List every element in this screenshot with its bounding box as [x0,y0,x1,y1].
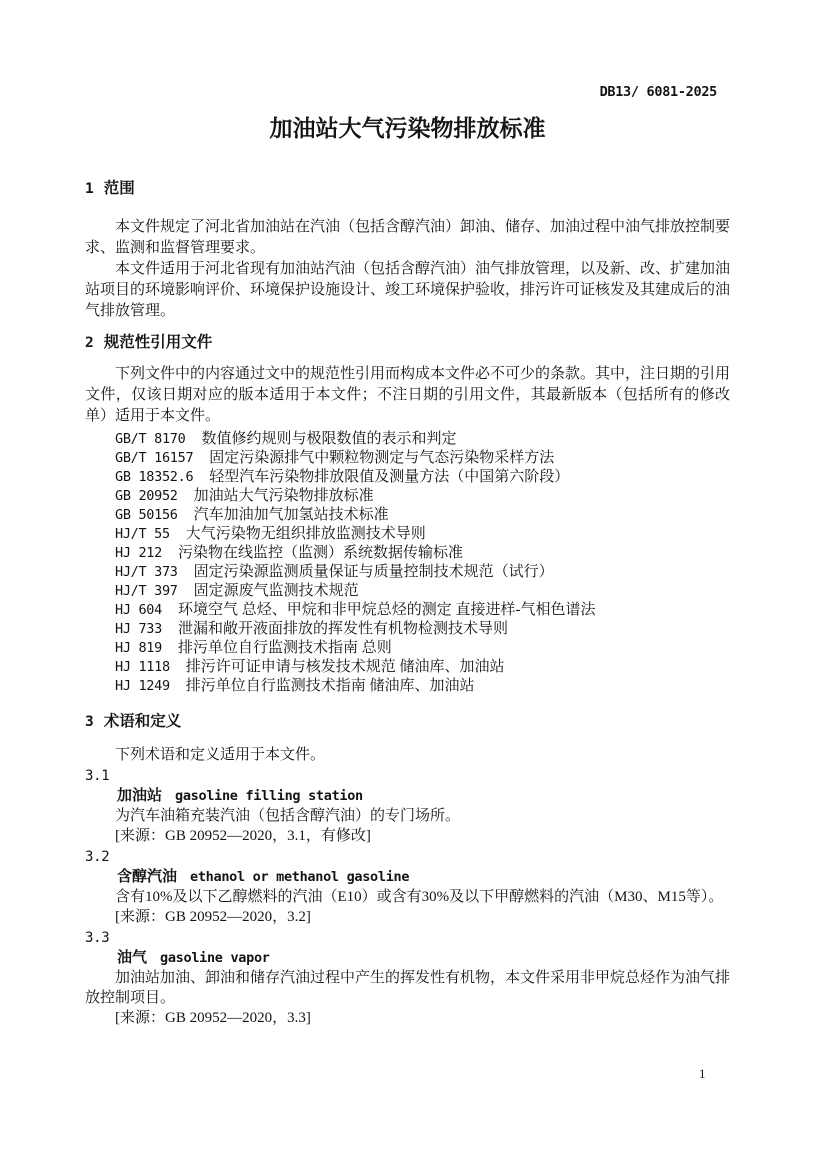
term-name-en: gasoline vapor [160,950,270,966]
terms-list: 3.1 加油站gasoline filling station 为汽车油箱充装汽… [85,766,730,1028]
term-heading: 含醇汽油ethanol or methanol gasoline [117,867,730,887]
reference-code: GB 50156 [115,507,178,523]
term-source: [来源：GB 20952—2020，3.1，有修改] [85,826,730,846]
reference-item: GB 20952加油站大气污染物排放标准 [115,487,730,506]
doc-code: DB13/ 6081-2025 [85,84,730,100]
reference-code: GB 18352.6 [115,469,193,485]
reference-code: HJ/T 55 [115,526,170,542]
scope-paragraph-1: 本文件规定了河北省加油站在汽油（包括含醇汽油）卸油、储存、加油过程中油气排放控制… [85,217,730,259]
section-2-title: 规范性引用文件 [104,334,213,351]
reference-title: 排污单位自行监测技术指南 总则 [178,640,392,656]
reference-title: 数值修约规则与极限数值的表示和判定 [201,431,456,447]
term-heading: 加油站gasoline filling station [117,786,730,806]
term-source: [来源：GB 20952—2020，3.2] [85,907,730,927]
reference-code: HJ 604 [115,602,162,618]
reference-title: 排污单位自行监测技术指南 储油库、加油站 [186,678,475,694]
reference-item: GB/T 16157固定污染源排气中颗粒物测定与气态污染物采样方法 [115,449,730,468]
reference-item: HJ 819排污单位自行监测技术指南 总则 [115,639,730,658]
term-block-3-3: 3.3 油气gasoline vapor 加油站加油、卸油和储存汽油过程中产生的… [85,928,730,1028]
reference-title: 污染物在线监控（监测）系统数据传输标准 [178,545,463,561]
reference-title: 固定污染源监测质量保证与质量控制技术规范（试行） [194,564,554,580]
reference-code: HJ 1118 [115,659,170,675]
term-name-en: ethanol or methanol gasoline [190,869,409,885]
reference-title: 泄漏和敞开液面排放的挥发性有机物检测技术导则 [178,621,508,637]
section-1-heading: 1范围 [85,180,730,198]
reference-title: 轻型汽车污染物排放限值及测量方法（中国第六阶段） [209,469,569,485]
reference-title: 固定污染源排气中颗粒物测定与气态污染物采样方法 [209,450,554,466]
term-number: 3.1 [85,766,730,786]
reference-code: HJ 733 [115,621,162,637]
reference-code: GB/T 16157 [115,450,193,466]
term-heading: 油气gasoline vapor [117,948,730,968]
term-source: [来源：GB 20952—2020，3.3] [85,1008,730,1028]
reference-code: GB/T 8170 [115,431,185,447]
reference-title: 大气污染物无组织排放监测技术导则 [186,526,426,542]
section-3-title: 术语和定义 [104,713,182,730]
reference-title: 排污许可证申请与核发技术规范 储油库、加油站 [186,659,505,675]
reference-code: HJ/T 397 [115,583,178,599]
term-definition: 为汽车油箱充装汽油（包括含醇汽油）的专门场所。 [85,806,730,826]
section-2-heading: 2规范性引用文件 [85,334,730,352]
term-block-3-2: 3.2 含醇汽油ethanol or methanol gasoline 含有1… [85,847,730,927]
reference-title: 环境空气 总烃、甲烷和非甲烷总烃的测定 直接进样-气相色谱法 [178,602,596,618]
term-name-cn: 加油站 [117,787,162,804]
term-block-3-1: 3.1 加油站gasoline filling station 为汽车油箱充装汽… [85,766,730,846]
document-page: DB13/ 6081-2025 加油站大气污染物排放标准 1范围 本文件规定了河… [0,0,813,1156]
section-2-number: 2 [85,335,94,351]
reference-item: GB 18352.6轻型汽车污染物排放限值及测量方法（中国第六阶段） [115,468,730,487]
reference-item: HJ/T 373固定污染源监测质量保证与质量控制技术规范（试行） [115,563,730,582]
term-name-cn: 含醇汽油 [117,868,177,885]
references-intro: 下列文件中的内容通过文中的规范性引用而构成本文件必不可少的条款。其中，注日期的引… [85,364,730,427]
reference-item: HJ/T 55大气污染物无组织排放监测技术导则 [115,525,730,544]
reference-title: 加油站大气污染物排放标准 [194,488,374,504]
doc-title: 加油站大气污染物排放标准 [85,113,730,143]
section-3-heading: 3术语和定义 [85,713,730,731]
reference-item: HJ 733泄漏和敞开液面排放的挥发性有机物检测技术导则 [115,620,730,639]
reference-code: HJ/T 373 [115,564,178,580]
reference-item: HJ 212污染物在线监控（监测）系统数据传输标准 [115,544,730,563]
reference-item: HJ/T 397固定源废气监测技术规范 [115,582,730,601]
page-number: 1 [699,1066,706,1081]
reference-list: GB/T 8170数值修约规则与极限数值的表示和判定 GB/T 16157固定污… [85,430,730,696]
section-3-number: 3 [85,714,94,730]
term-name-en: gasoline filling station [175,788,363,804]
reference-item: HJ 1249排污单位自行监测技术指南 储油库、加油站 [115,677,730,696]
reference-item: HJ 604环境空气 总烃、甲烷和非甲烷总烃的测定 直接进样-气相色谱法 [115,601,730,620]
reference-code: GB 20952 [115,488,178,504]
reference-title: 固定源废气监测技术规范 [194,583,359,599]
section-1-number: 1 [85,181,94,197]
terms-intro: 下列术语和定义适用于本文件。 [85,745,730,765]
section-1-title: 范围 [104,180,135,197]
term-number: 3.3 [85,928,730,948]
reference-item: GB 50156汽车加油加气加氢站技术标准 [115,506,730,525]
term-number: 3.2 [85,847,730,867]
term-name-cn: 油气 [117,949,147,966]
scope-paragraph-2: 本文件适用于河北省现有加油站汽油（包括含醇汽油）油气排放管理，以及新、改、扩建加… [85,259,730,322]
reference-title: 汽车加油加气加氢站技术标准 [194,507,389,523]
reference-item: HJ 1118排污许可证申请与核发技术规范 储油库、加油站 [115,658,730,677]
reference-code: HJ 1249 [115,678,170,694]
reference-item: GB/T 8170数值修约规则与极限数值的表示和判定 [115,430,730,449]
reference-code: HJ 819 [115,640,162,656]
reference-code: HJ 212 [115,545,162,561]
term-definition: 加油站加油、卸油和储存汽油过程中产生的挥发性有机物，本文件采用非甲烷总烃作为油气… [85,968,730,1008]
term-definition: 含有10%及以下乙醇燃料的汽油（E10）或含有30%及以下甲醇燃料的汽油（M30… [85,887,730,907]
